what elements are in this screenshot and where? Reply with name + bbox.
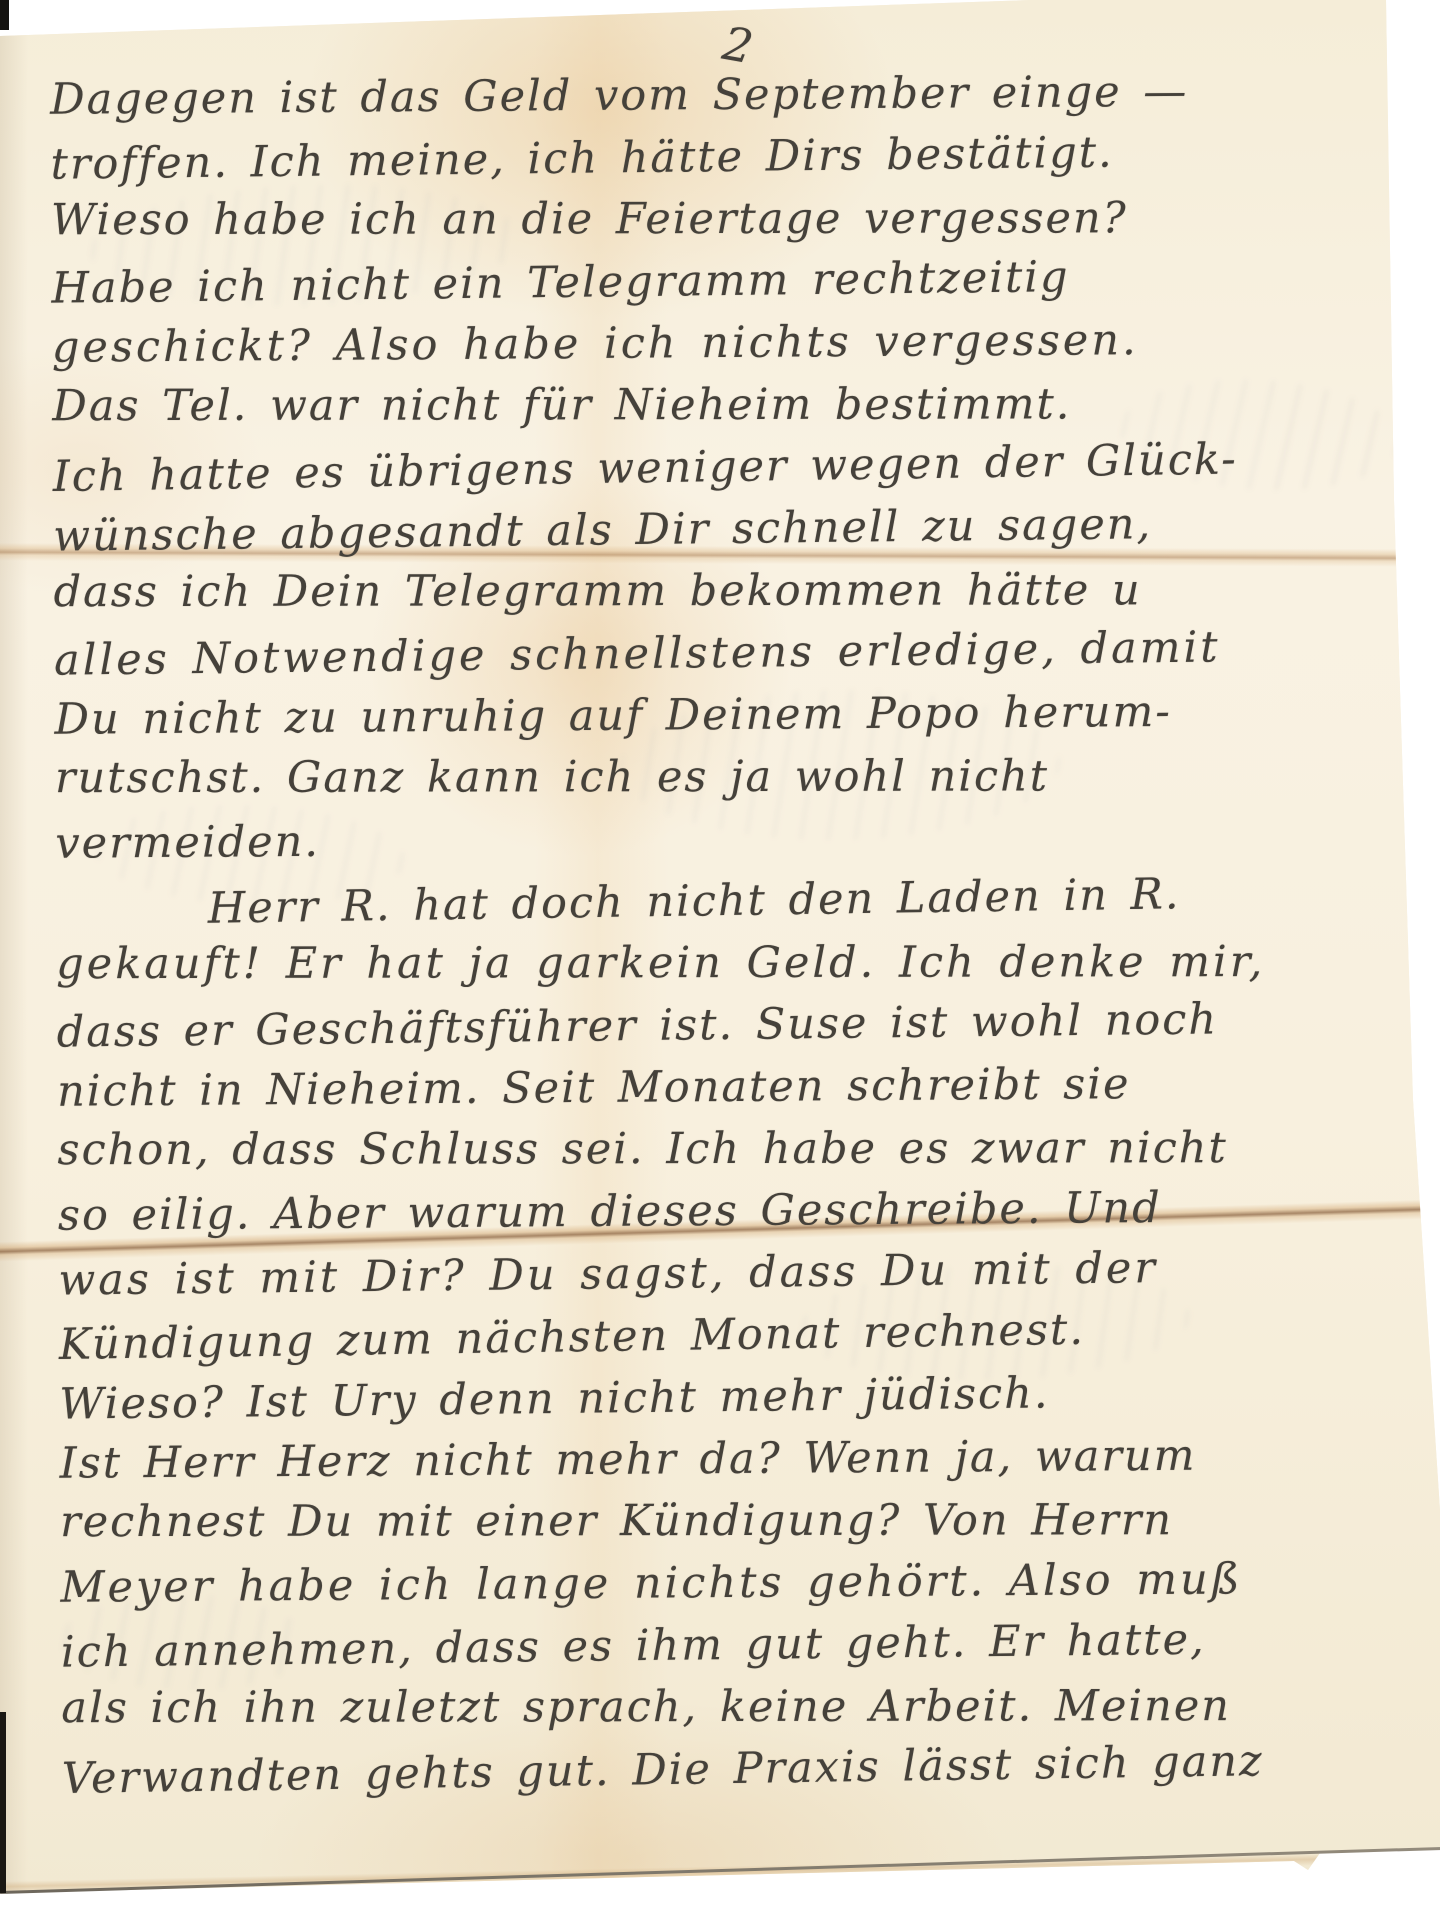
handwriting-line: Wieso habe ich an die Feiertage vergesse…	[51, 187, 1399, 251]
handwriting-line: als ich ihn zuletzt sprach, keine Arbeit…	[61, 1675, 1409, 1739]
scanned-letter-page: 2 Dagegen ist das Geld vom September ein…	[0, 0, 1440, 1909]
scanner-edge-artifact	[0, 1712, 6, 1893]
handwriting-line: nicht in Nieheim. Seit Monaten schreibt …	[57, 1051, 1405, 1122]
scanner-edge-artifact	[0, 0, 9, 30]
handwriting-line: Das Tel. war nicht für Nieheim bestimmt.	[52, 373, 1400, 437]
handwriting-line: dass ich Dein Telegramm bekommen hätte u	[54, 559, 1402, 623]
handwriting-line: troffen. Ich meine, ich hätte Dirs bestä…	[50, 118, 1399, 195]
handwriting-line: Ist Herr Herz nicht mehr da? Wenn ja, wa…	[59, 1423, 1407, 1494]
handwriting-line: geschickt? Also habe ich nichts vergesse…	[52, 307, 1400, 378]
handwriting-line: rutschst. Ganz kann ich es ja wohl nicht	[55, 745, 1403, 809]
handwritten-letter-body: Dagegen ist das Geld vom September einge…	[50, 59, 1410, 1804]
handwriting-line: Verwandten gehts gut. Die Praxis lässt s…	[61, 1728, 1410, 1810]
handwriting-line: schon, dass Schluss sei. Ich habe es zwa…	[57, 1117, 1405, 1181]
letter-paper-sheet: 2 Dagegen ist das Geld vom September ein…	[0, 0, 1440, 1909]
handwriting-line: ich annehmen, dass es ihm gut geht. Er h…	[61, 1606, 1410, 1683]
handwriting-line: Du nicht zu unruhig auf Deinem Popo heru…	[54, 679, 1402, 750]
handwriting-line: gekauft! Er hat ja garkein Geld. Ich den…	[56, 931, 1404, 995]
handwriting-line: rechnest Du mit einer Kündigung? Von Her…	[60, 1489, 1408, 1553]
